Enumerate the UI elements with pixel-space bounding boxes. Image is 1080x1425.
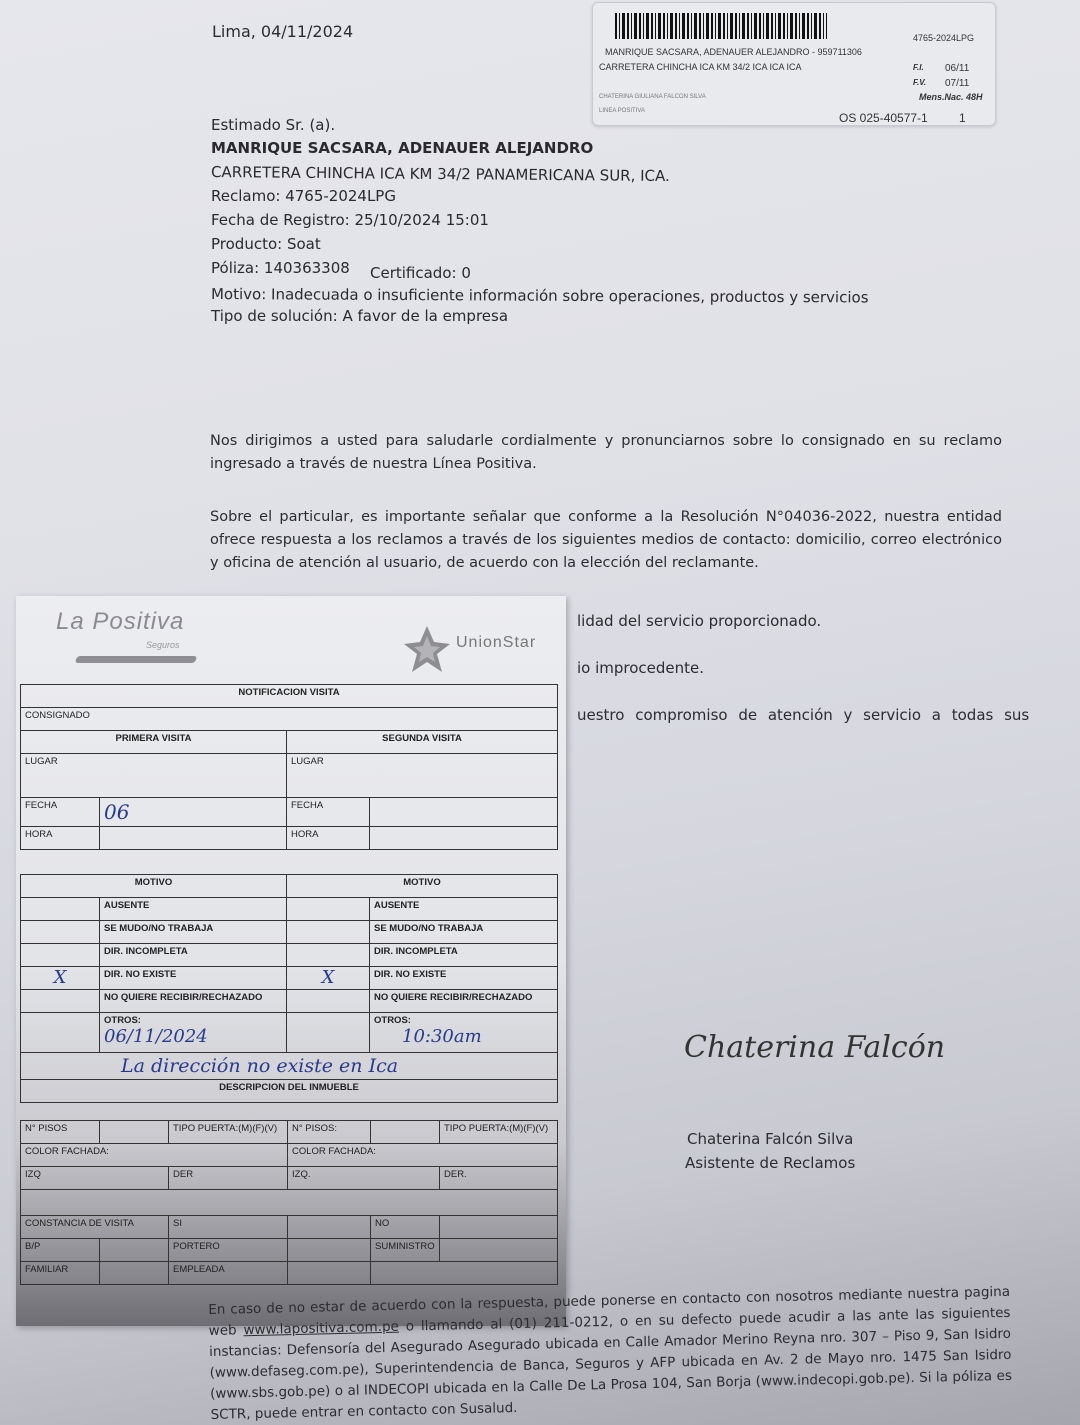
otros-value-2: 10:30am [374, 1026, 482, 1047]
label-fi-value: 06/11 [945, 63, 969, 74]
label-copy: 1 [959, 111, 966, 125]
pisos-value-2 [371, 1121, 440, 1144]
la-positiva-logo-sub: Seguros [146, 640, 180, 650]
label-address: CARRETERA CHINCHA ICA KM 34/2 ICA ICA IC… [599, 62, 802, 72]
la-positiva-logo-swoosh [75, 656, 198, 663]
notification-form: La Positiva Seguros UnionStar NOTIFICACI… [16, 596, 566, 1326]
partial-line-3: uestro compromiso de atención y servicio… [577, 706, 1029, 724]
footer-link[interactable]: www.lapositiva.com.pe [243, 1319, 399, 1339]
form-table-motivo: MOTIVO MOTIVO AUSENTE AUSENTE SE MUDO/NO… [20, 874, 558, 1103]
izq-1: IZQ [21, 1167, 169, 1190]
signature: Chaterina Falcón [684, 1030, 945, 1065]
label-sender-org: LINEA POSITIVA [599, 108, 645, 114]
constancia-label: CONSTANCIA DE VISITA [21, 1216, 169, 1239]
letter-page: Lima, 04/11/2024 MANRIQUE SACSARA, ADENA… [0, 0, 1080, 1425]
form-table-visits: NOTIFICACION VISITA CONSIGNADO PRIMERA V… [20, 684, 558, 850]
spacer-row [21, 1190, 558, 1216]
check-rechazado-2 [287, 990, 370, 1013]
motivo: Motivo: Inadecuada o insuficiente inform… [211, 285, 869, 306]
fecha-registro: Fecha de Registro: 25/10/2024 15:01 [211, 211, 489, 229]
izq-2: IZQ. [288, 1167, 440, 1190]
reason-semudo-2: SE MUDO/NO TRABAJA [370, 921, 558, 944]
descripcion-header: DESCRIPCION DEL INMUEBLE [21, 1080, 558, 1103]
motivo-header-1: MOTIVO [21, 875, 287, 898]
label-sender: CHATERINA GIULIANA FALCON SILVA [599, 94, 706, 100]
producto: Producto: Soat [211, 235, 321, 253]
reason-semudo-1: SE MUDO/NO TRABAJA [100, 921, 287, 944]
paragraph-1: Nos dirigimos a usted para saludarle cor… [210, 430, 1002, 476]
der-2: DER. [440, 1167, 558, 1190]
check-incompleta-1 [21, 944, 100, 967]
fecha-value-2 [370, 798, 558, 827]
lugar-1: LUGAR [21, 754, 287, 798]
otros-value-1: 06/11/2024 [104, 1026, 208, 1047]
empty-box [371, 1262, 558, 1285]
lugar-2: LUGAR [287, 754, 558, 798]
empleada-box [288, 1262, 371, 1285]
label-fv-label: F.V. [913, 78, 926, 87]
fecha-value-1: 06 [100, 798, 287, 827]
bp-label: B/P [21, 1239, 100, 1262]
unionstar-logo: UnionStar [456, 634, 536, 652]
partial-line-1: lidad del servicio proporcionado. [577, 612, 821, 630]
footer-text: En caso de no estar de acuerdo con la re… [208, 1282, 1013, 1425]
greeting: Estimado Sr. (a). [211, 116, 335, 134]
reclamo: Reclamo: 4765-2024LPG [211, 187, 396, 205]
reason-ausente-2: AUSENTE [370, 898, 558, 921]
form-table-inmueble: N° PISOS TIPO PUERTA:(M)(F)(V) N° PISOS:… [20, 1120, 558, 1285]
paragraph-2: Sobre el particular, es importante señal… [210, 506, 1002, 575]
check-otros-2 [287, 1013, 370, 1053]
reason-otros-1: OTROS:06/11/2024 [100, 1013, 287, 1053]
segunda-visita-header: SEGUNDA VISITA [287, 731, 558, 754]
der-1: DER [169, 1167, 288, 1190]
familiar-box [100, 1262, 169, 1285]
check-noexiste-1: X [21, 967, 100, 990]
consignado-label: CONSIGNADO [21, 708, 558, 731]
reason-rechazado-2: NO QUIERE RECIBIR/RECHAZADO [370, 990, 558, 1013]
check-incompleta-2 [287, 944, 370, 967]
la-positiva-logo: La Positiva [56, 608, 184, 636]
recipient-address: CARRETERA CHINCHA ICA KM 34/2 PANAMERICA… [211, 163, 670, 185]
check-rechazado-1 [21, 990, 100, 1013]
bp-box [100, 1239, 169, 1262]
recipient-name: MANRIQUE SACSARA, ADENAUER ALEJANDRO [211, 139, 593, 157]
check-semudo-1 [21, 921, 100, 944]
puerta-label-2: TIPO PUERTA:(M)(F)(V) [440, 1121, 558, 1144]
no-box [440, 1216, 558, 1239]
fecha-label-1: FECHA [21, 798, 100, 827]
reason-ausente-1: AUSENTE [100, 898, 287, 921]
signer-name: Chaterina Falcón Silva [687, 1130, 853, 1148]
pisos-value-1 [100, 1121, 169, 1144]
shipping-label: MANRIQUE SACSARA, ADENAUER ALEJANDRO - 9… [592, 2, 996, 126]
tipo-solucion: Tipo de solución: A favor de la empresa [211, 307, 508, 325]
si-box [288, 1216, 371, 1239]
check-noexiste-2: X [287, 967, 370, 990]
signer-role: Asistente de Reclamos [685, 1154, 855, 1172]
reason-noexiste-2: DIR. NO EXISTE [370, 967, 558, 990]
partial-line-2: io improcedente. [577, 659, 704, 677]
primera-visita-header: PRIMERA VISITA [21, 731, 287, 754]
reason-noexiste-1: DIR. NO EXISTE [100, 967, 287, 990]
label-fi-label: F.I. [913, 63, 924, 72]
puerta-label-1: TIPO PUERTA:(M)(F)(V) [169, 1121, 288, 1144]
observacion: La dirección no existe en Ica [21, 1053, 558, 1080]
hora-value-2 [370, 827, 558, 850]
reason-otros-2: OTROS:10:30am [370, 1013, 558, 1053]
motivo-header-2: MOTIVO [287, 875, 558, 898]
suministro-label: SUMINISTRO [371, 1239, 440, 1262]
otros-label-2: OTROS: [374, 1015, 411, 1026]
label-recipient: MANRIQUE SACSARA, ADENAUER ALEJANDRO - 9… [605, 47, 862, 57]
label-claim-code: 4765-2024LPG [913, 33, 974, 43]
check-ausente-2 [287, 898, 370, 921]
reason-incompleta-1: DIR. INCOMPLETA [100, 944, 287, 967]
color-fachada-2: COLOR FACHADA: [288, 1144, 558, 1167]
check-otros-1 [21, 1013, 100, 1053]
reason-incompleta-2: DIR. INCOMPLETA [370, 944, 558, 967]
label-os-number: OS 025-40577-1 [839, 111, 928, 125]
si-label: SI [169, 1216, 288, 1239]
empleada-label: EMPLEADA [169, 1262, 288, 1285]
form-title: NOTIFICACION VISITA [21, 685, 558, 708]
portero-box [288, 1239, 371, 1262]
label-fv-value: 07/11 [945, 78, 969, 89]
no-label: NO [371, 1216, 440, 1239]
hora-label-2: HORA [287, 827, 370, 850]
unionstar-star-icon [402, 624, 452, 674]
pisos-label-1: N° PISOS [21, 1121, 100, 1144]
reason-rechazado-1: NO QUIERE RECIBIR/RECHAZADO [100, 990, 287, 1013]
fecha-label-2: FECHA [287, 798, 370, 827]
certificado: Certificado: 0 [370, 264, 471, 282]
pisos-label-2: N° PISOS: [288, 1121, 371, 1144]
hora-label-1: HORA [21, 827, 100, 850]
hora-value-1 [100, 827, 287, 850]
suministro-box [440, 1239, 558, 1262]
otros-label-1: OTROS: [104, 1015, 141, 1026]
familiar-label: FAMILIAR [21, 1262, 100, 1285]
portero-label: PORTERO [169, 1239, 288, 1262]
check-semudo-2 [287, 921, 370, 944]
letter-date: Lima, 04/11/2024 [212, 22, 353, 41]
poliza: Póliza: 140363308 [211, 259, 350, 277]
check-ausente-1 [21, 898, 100, 921]
color-fachada-1: COLOR FACHADA: [21, 1144, 288, 1167]
label-service: Mens.Nac. 48H [919, 92, 983, 102]
barcode [615, 13, 827, 39]
